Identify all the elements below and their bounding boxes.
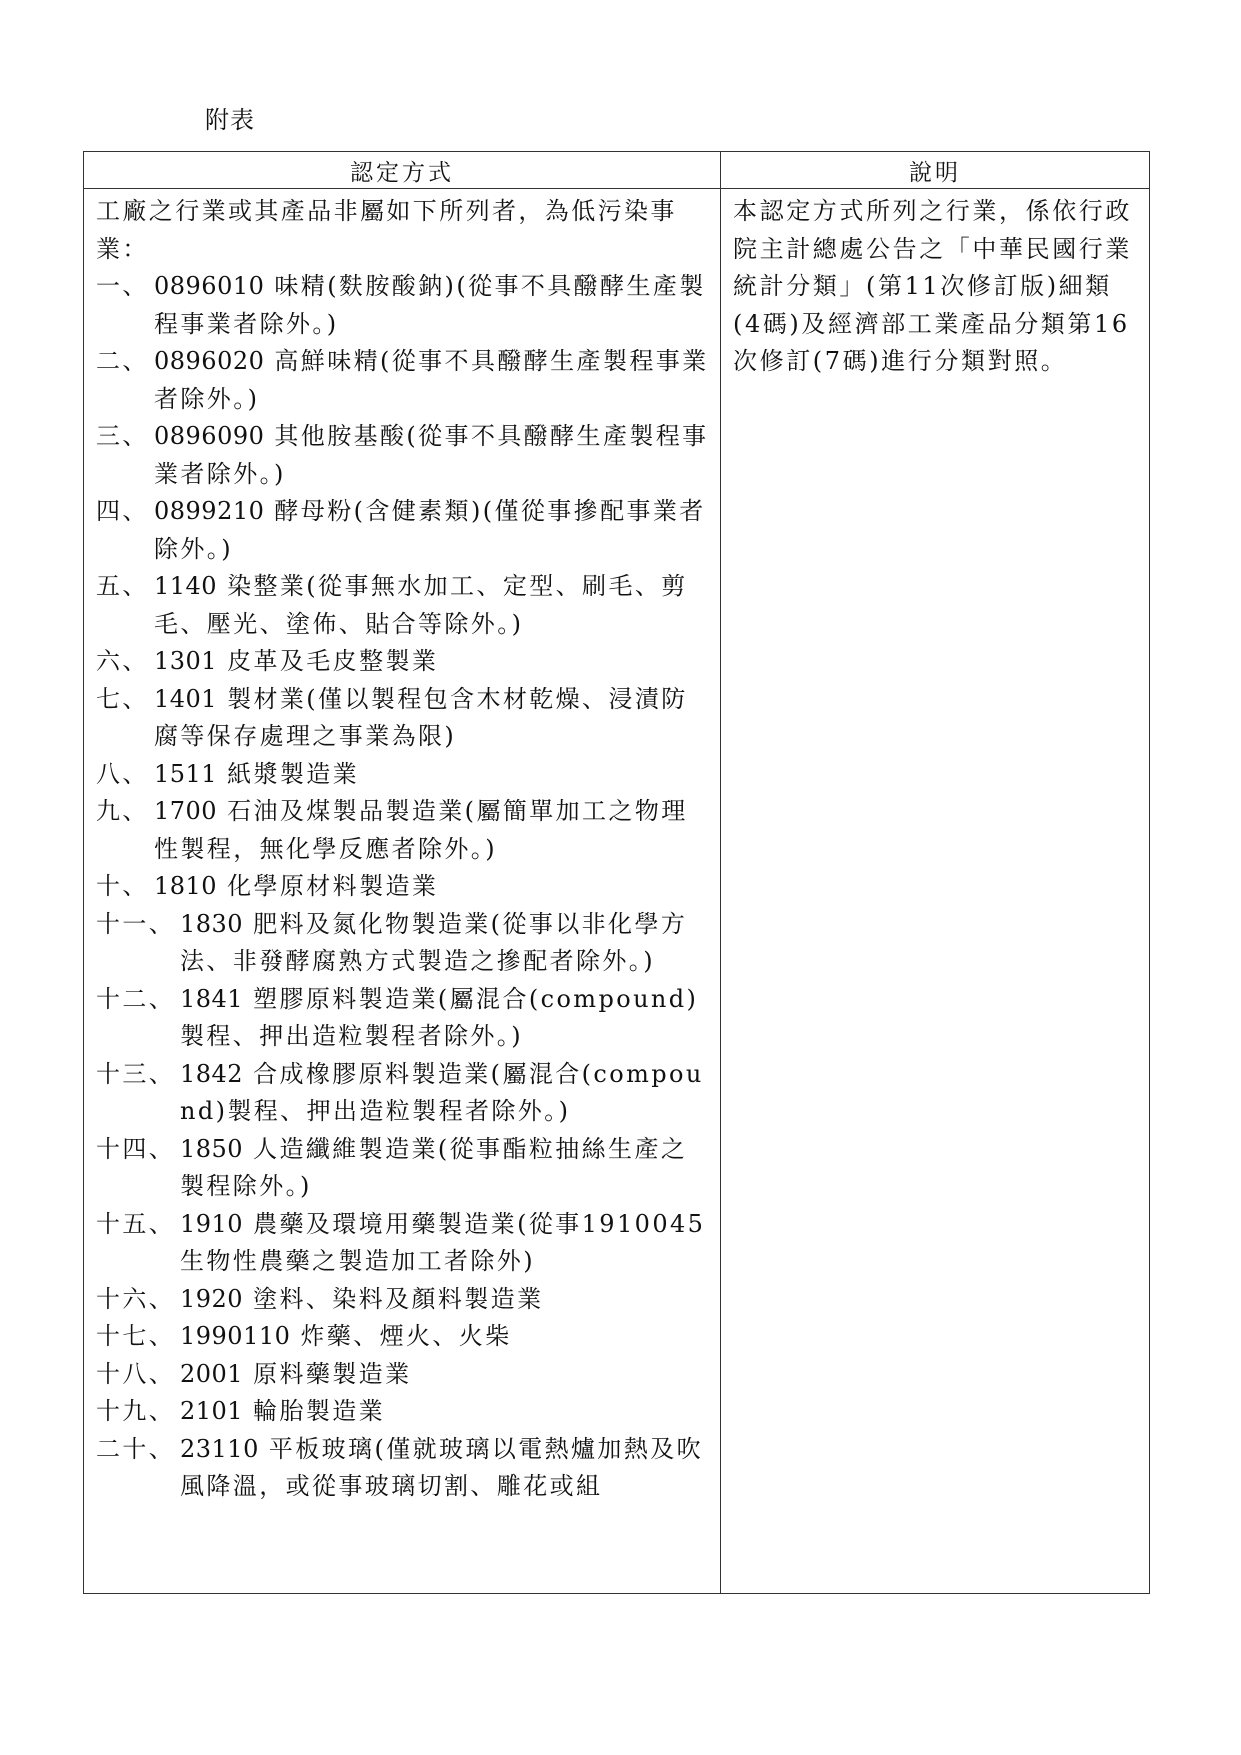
list-item: 十七、1990110炸藥、煙火、火柴 [96, 1318, 712, 1356]
industry-code: 0899210 [154, 497, 264, 525]
list-item: 八、1511紙漿製造業 [96, 756, 712, 794]
item-number: 二、 [96, 343, 154, 418]
industry-code: 1511 [154, 760, 217, 788]
description-text: 本認定方式所列之行業，係依行政院主計總處公告之「中華民國行業統計分類」(第11次… [733, 193, 1137, 381]
list-item: 二十、23110平板玻璃(僅就玻璃以電熱爐加熱及吹風降溫，或從事玻璃切割、雕花或… [96, 1431, 712, 1506]
industry-name: 皮革及毛皮整製業 [227, 647, 438, 675]
item-number: 十三、 [96, 1056, 180, 1131]
industry-name: 人造纖維製造業(從事酯粒抽絲生產之製程除外。) [180, 1135, 687, 1201]
industry-code: 0896090 [154, 422, 264, 450]
table-row: 工廠之行業或其產品非屬如下所列者，為低污染事業： 一、0896010味精(麩胺酸… [84, 189, 1150, 1594]
item-text: 1920塗料、染料及顏料製造業 [180, 1281, 712, 1319]
industry-code: 2101 [180, 1397, 243, 1425]
item-text: 0896090其他胺基酸(從事不具醱酵生產製程事業者除外。) [154, 418, 712, 493]
industry-code: 1700 [154, 797, 217, 825]
item-number: 十八、 [96, 1356, 180, 1394]
item-number: 七、 [96, 681, 154, 756]
item-text: 1511紙漿製造業 [154, 756, 712, 794]
list-item: 五、1140染整業(從事無水加工、定型、刷毛、剪毛、壓光、塗佈、貼合等除外。) [96, 568, 712, 643]
industry-code: 1850 [180, 1135, 243, 1163]
item-number: 十七、 [96, 1318, 180, 1356]
item-text: 1910農藥及環境用藥製造業(從事1910045生物性農藥之製造加工者除外) [180, 1206, 712, 1281]
list-item: 六、1301皮革及毛皮整製業 [96, 643, 712, 681]
industry-name: 紙漿製造業 [227, 760, 359, 788]
industry-name: 塗料、染料及顏料製造業 [253, 1285, 543, 1313]
list-item: 十二、1841塑膠原料製造業(屬混合(compound)製程、押出造粒製程者除外… [96, 981, 712, 1056]
list-item: 十四、1850人造纖維製造業(從事酯粒抽絲生產之製程除外。) [96, 1131, 712, 1206]
item-text: 1830肥料及氮化物製造業(從事以非化學方法、非發酵腐熟方式製造之摻配者除外。) [180, 906, 712, 981]
item-text: 2001原料藥製造業 [180, 1356, 712, 1394]
item-text: 0896010味精(麩胺酸鈉)(從事不具醱酵生產製程事業者除外。) [154, 268, 712, 343]
industry-name: 石油及煤製品製造業(屬簡單加工之物理性製程，無化學反應者除外。) [154, 797, 688, 863]
item-text: 0899210酵母粉(含健素類)(僅從事摻配事業者除外。) [154, 493, 712, 568]
item-number: 十、 [96, 868, 154, 906]
industry-code: 1830 [180, 910, 243, 938]
item-number: 十四、 [96, 1131, 180, 1206]
industry-code: 1140 [154, 572, 217, 600]
table-header-row: 認定方式 說明 [84, 152, 1150, 189]
industry-code: 0896020 [154, 347, 264, 375]
list-item: 四、0899210酵母粉(含健素類)(僅從事摻配事業者除外。) [96, 493, 712, 568]
item-number: 五、 [96, 568, 154, 643]
item-text: 1700石油及煤製品製造業(屬簡單加工之物理性製程，無化學反應者除外。) [154, 793, 712, 868]
list-item: 九、1700石油及煤製品製造業(屬簡單加工之物理性製程，無化學反應者除外。) [96, 793, 712, 868]
item-number: 六、 [96, 643, 154, 681]
item-text: 1810化學原材料製造業 [154, 868, 712, 906]
item-number: 十一、 [96, 906, 180, 981]
item-number: 十六、 [96, 1281, 180, 1319]
item-text: 1301皮革及毛皮整製業 [154, 643, 712, 681]
item-text: 23110平板玻璃(僅就玻璃以電熱爐加熱及吹風降溫，或從事玻璃切割、雕花或組 [180, 1431, 712, 1506]
list-item: 一、0896010味精(麩胺酸鈉)(從事不具醱酵生產製程事業者除外。) [96, 268, 712, 343]
industry-name: 合成橡膠原料製造業(屬混合(compound)製程、押出造粒製程者除外。) [180, 1060, 704, 1126]
item-number: 十九、 [96, 1393, 180, 1431]
item-number: 九、 [96, 793, 154, 868]
industry-name: 塑膠原料製造業(屬混合(compound)製程、押出造粒製程者除外。) [180, 985, 698, 1051]
item-number: 三、 [96, 418, 154, 493]
item-text: 1850人造纖維製造業(從事酯粒抽絲生產之製程除外。) [180, 1131, 712, 1206]
industry-name: 製材業(僅以製程包含木材乾燥、浸漬防腐等保存處理之事業為限) [154, 685, 688, 751]
method-cell: 工廠之行業或其產品非屬如下所列者，為低污染事業： 一、0896010味精(麩胺酸… [84, 189, 721, 1594]
industry-code: 1842 [180, 1060, 243, 1088]
industry-code: 1810 [154, 872, 217, 900]
list-item: 十五、1910農藥及環境用藥製造業(從事1910045生物性農藥之製造加工者除外… [96, 1206, 712, 1281]
description-cell: 本認定方式所列之行業，係依行政院主計總處公告之「中華民國行業統計分類」(第11次… [721, 189, 1150, 1594]
industry-name: 肥料及氮化物製造業(從事以非化學方法、非發酵腐熟方式製造之摻配者除外。) [180, 910, 687, 976]
item-text: 1990110炸藥、煙火、火柴 [180, 1318, 712, 1356]
item-number: 四、 [96, 493, 154, 568]
list-item: 三、0896090其他胺基酸(從事不具醱酵生產製程事業者除外。) [96, 418, 712, 493]
industry-name: 輪胎製造業 [253, 1397, 385, 1425]
industry-name: 炸藥、煙火、火柴 [300, 1322, 511, 1350]
industry-name: 原料藥製造業 [253, 1360, 411, 1388]
industry-list: 一、0896010味精(麩胺酸鈉)(從事不具醱酵生產製程事業者除外。)二、089… [96, 268, 712, 1506]
industry-name: 化學原材料製造業 [227, 872, 438, 900]
list-item: 十一、1830肥料及氮化物製造業(從事以非化學方法、非發酵腐熟方式製造之摻配者除… [96, 906, 712, 981]
item-text: 1841塑膠原料製造業(屬混合(compound)製程、押出造粒製程者除外。) [180, 981, 712, 1056]
list-item: 十八、2001原料藥製造業 [96, 1356, 712, 1394]
item-text: 1140染整業(從事無水加工、定型、刷毛、剪毛、壓光、塗佈、貼合等除外。) [154, 568, 712, 643]
intro-text: 工廠之行業或其產品非屬如下所列者，為低污染事業： [96, 193, 712, 268]
item-number: 十二、 [96, 981, 180, 1056]
industry-code: 1920 [180, 1285, 243, 1313]
industry-code: 1841 [180, 985, 243, 1013]
industry-code: 1910 [180, 1210, 243, 1238]
item-text: 1401製材業(僅以製程包含木材乾燥、浸漬防腐等保存處理之事業為限) [154, 681, 712, 756]
item-number: 十五、 [96, 1206, 180, 1281]
header-description: 說明 [721, 152, 1150, 189]
item-text: 1842合成橡膠原料製造業(屬混合(compound)製程、押出造粒製程者除外。… [180, 1056, 712, 1131]
annex-table: 認定方式 說明 工廠之行業或其產品非屬如下所列者，為低污染事業： 一、08960… [83, 151, 1150, 1594]
industry-name: 農藥及環境用藥製造業(從事1910045生物性農藥之製造加工者除外) [180, 1210, 705, 1276]
item-text: 0896020高鮮味精(從事不具醱酵生產製程事業者除外。) [154, 343, 712, 418]
item-number: 二十、 [96, 1431, 180, 1506]
list-item: 十九、2101輪胎製造業 [96, 1393, 712, 1431]
list-item: 二、0896020高鮮味精(從事不具醱酵生產製程事業者除外。) [96, 343, 712, 418]
list-item: 十六、1920塗料、染料及顏料製造業 [96, 1281, 712, 1319]
industry-name: 染整業(從事無水加工、定型、刷毛、剪毛、壓光、塗佈、貼合等除外。) [154, 572, 688, 638]
list-item: 七、1401製材業(僅以製程包含木材乾燥、浸漬防腐等保存處理之事業為限) [96, 681, 712, 756]
industry-code: 1301 [154, 647, 217, 675]
item-number: 八、 [96, 756, 154, 794]
list-item: 十三、1842合成橡膠原料製造業(屬混合(compound)製程、押出造粒製程者… [96, 1056, 712, 1131]
item-text: 2101輪胎製造業 [180, 1393, 712, 1431]
page-label: 附表 [205, 100, 255, 135]
item-number: 一、 [96, 268, 154, 343]
header-method: 認定方式 [84, 152, 721, 189]
list-item: 十、1810化學原材料製造業 [96, 868, 712, 906]
industry-code: 2001 [180, 1360, 243, 1388]
industry-code: 23110 [180, 1435, 259, 1463]
industry-code: 0896010 [154, 272, 264, 300]
industry-code: 1990110 [180, 1322, 290, 1350]
industry-code: 1401 [154, 685, 217, 713]
